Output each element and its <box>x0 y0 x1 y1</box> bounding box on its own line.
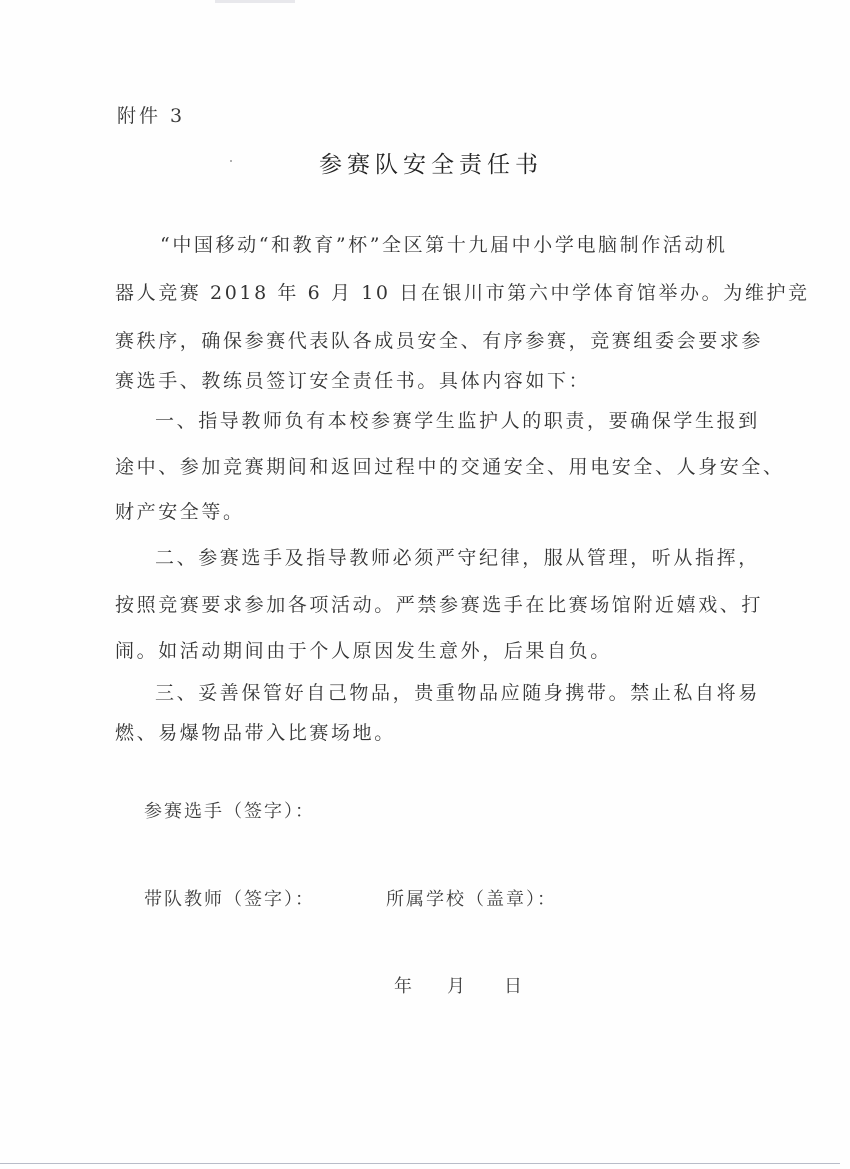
date-month-label: 月 <box>447 972 465 998</box>
clause-1-line: 途中、参加竞赛期间和返回过程中的交通安全、用电安全、人身安全、 <box>115 455 785 479</box>
clause-3-line: 燃、易爆物品带入比赛场地。 <box>115 721 396 745</box>
intro-line: 赛选手、教练员签订安全责任书。具体内容如下： <box>115 369 590 393</box>
attachment-label: 附件 3 <box>117 101 185 128</box>
clause-1-line: 一、指导教师负有本校参赛学生监护人的职责，要确保学生报到 <box>155 409 760 433</box>
intro-line: 器人竞赛 2018 年 6 月 10 日在银川市第六中学体育馆举办。为维护竞 <box>115 281 810 305</box>
document-title: 参赛队安全责任书 <box>0 146 850 179</box>
team-teacher-signature-label: 带队教师（签字）： <box>144 885 315 911</box>
date-year-label: 年 <box>394 972 412 998</box>
scan-edge-line <box>0 1163 840 1164</box>
clause-2-line: 闹。如活动期间由于个人原因发生意外，后果自负。 <box>115 639 612 663</box>
scanned-document-page: 附件 3 参赛队安全责任书 “中国移动“和教育”杯”全区第十九届中小学电脑制作活… <box>0 0 850 1169</box>
clause-2-line: 二、参赛选手及指导教师必须严守纪律，服从管理，听从指挥， <box>155 546 760 570</box>
clause-1-line: 财产安全等。 <box>115 500 245 524</box>
school-seal-label: 所属学校（盖章）： <box>386 885 557 911</box>
date-day-label: 日 <box>504 972 522 998</box>
intro-line: 赛秩序，确保参赛代表队各成员安全、有序参赛，竞赛组委会要求参 <box>115 329 763 353</box>
clause-2-line: 按照竞赛要求参加各项活动。严禁参赛选手在比赛场馆附近嬉戏、打 <box>115 593 763 617</box>
intro-line: “中国移动“和教育”杯”全区第十九届中小学电脑制作活动机 <box>160 233 728 257</box>
contestant-signature-label: 参赛选手（签字）： <box>144 797 315 823</box>
clause-3-line: 三、妥善保管好自己物品，贵重物品应随身携带。禁止私自将易 <box>155 681 760 705</box>
document-title-text: 参赛队安全责任书 <box>307 146 543 179</box>
scan-artifact <box>215 0 295 3</box>
